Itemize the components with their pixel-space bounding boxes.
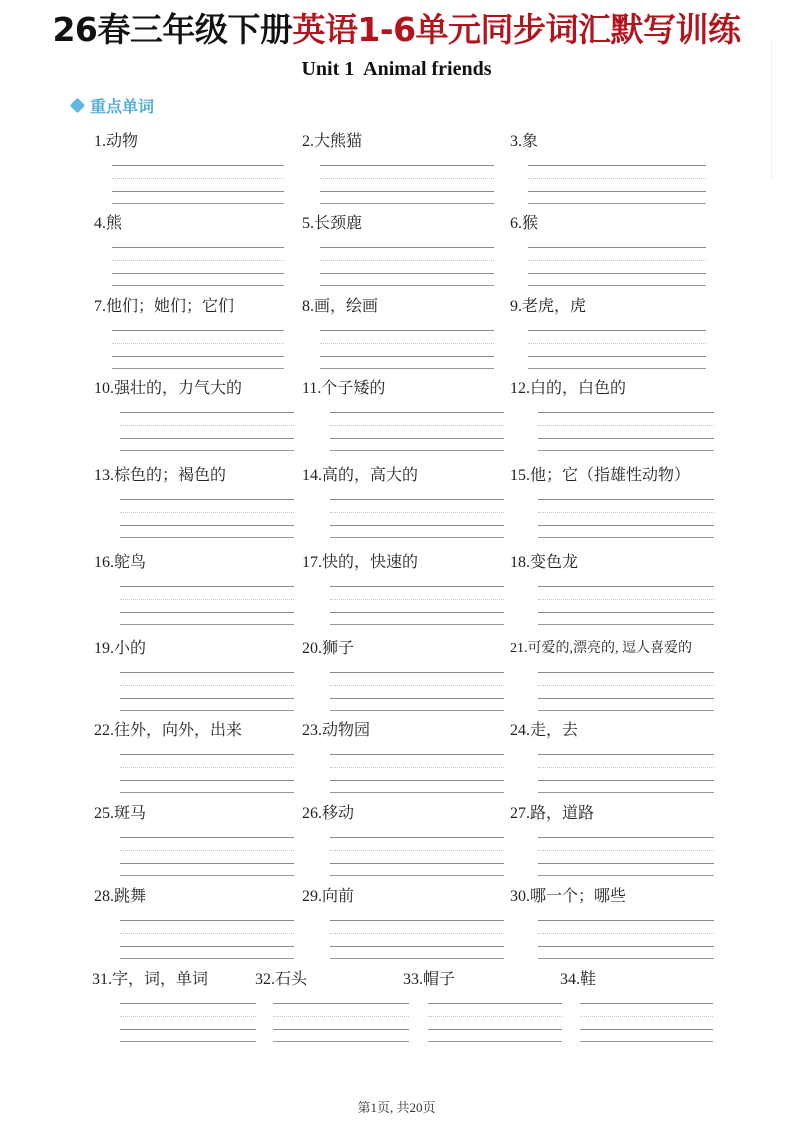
section-label: 重点单词 (90, 94, 154, 117)
item-number: 24. (510, 722, 530, 739)
item-chinese-meaning: 移动 (322, 805, 354, 822)
vocab-item-label: 8.画，绘画 (302, 293, 378, 316)
writing-guide-line (112, 330, 284, 331)
writing-guide-line (112, 273, 284, 274)
writing-lines-answer-area[interactable] (538, 672, 714, 712)
vocab-item-label: 34.鞋 (560, 966, 596, 989)
writing-lines-answer-area[interactable] (538, 499, 714, 539)
writing-guide-line (120, 780, 294, 781)
vocab-item-label: 32.石头 (255, 966, 307, 989)
writing-guide-line (120, 672, 294, 673)
item-number: 18. (510, 554, 530, 571)
vocab-item-label: 21.可爱的,漂亮的, 逗人喜爱的 (510, 637, 692, 657)
writing-lines-answer-area[interactable] (580, 1003, 713, 1043)
writing-guide-line (120, 425, 294, 426)
writing-guide-line (320, 165, 494, 166)
item-chinese-meaning: 向前 (322, 888, 354, 905)
writing-guide-line (330, 612, 504, 613)
item-number: 6. (510, 215, 522, 232)
item-chinese-meaning: 老虎，虎 (522, 298, 586, 315)
writing-lines-answer-area[interactable] (330, 837, 504, 877)
item-number: 31. (92, 971, 112, 988)
writing-guide-line (320, 343, 494, 344)
item-chinese-meaning: 变色龙 (530, 554, 578, 571)
item-chinese-meaning: 画，绘画 (314, 298, 378, 315)
vocab-item-label: 14.高的，高大的 (302, 462, 418, 485)
writing-lines-answer-area[interactable] (320, 165, 494, 205)
writing-guide-line (538, 599, 714, 600)
writing-guide-line (320, 191, 494, 192)
writing-guide-line (120, 698, 294, 699)
writing-guide-line (330, 946, 504, 947)
writing-guide-line (538, 837, 714, 838)
writing-guide-line (538, 850, 714, 851)
writing-lines-answer-area[interactable] (330, 412, 504, 452)
vocab-item-label: 30.哪一个；哪些 (510, 883, 626, 906)
item-chinese-meaning: 棕色的；褐色的 (114, 467, 226, 484)
item-chinese-meaning: 石头 (275, 971, 307, 988)
diamond-bullet-icon (70, 98, 86, 114)
vocab-item-label: 15.他；它（指雄性动物） (510, 462, 690, 485)
writing-guide-line (320, 247, 494, 248)
writing-guide-line (580, 1016, 713, 1017)
writing-lines-answer-area[interactable] (120, 499, 294, 539)
item-number: 15. (510, 467, 530, 484)
writing-guide-line (120, 624, 294, 625)
writing-lines-answer-area[interactable] (320, 247, 494, 287)
writing-guide-line (538, 624, 714, 625)
writing-guide-line (120, 1041, 256, 1042)
vocab-item-label: 29.向前 (302, 883, 354, 906)
writing-guide-line (330, 586, 504, 587)
item-number: 8. (302, 298, 314, 315)
writing-guide-line (538, 586, 714, 587)
item-chinese-meaning: 熊 (106, 215, 122, 232)
writing-guide-line (428, 1029, 562, 1030)
vocab-item-label: 19.小的 (94, 635, 146, 658)
item-chinese-meaning: 个子矮的 (321, 380, 385, 397)
writing-guide-line (538, 612, 714, 613)
item-chinese-meaning: 斑马 (114, 805, 146, 822)
writing-guide-line (320, 285, 494, 286)
writing-lines-answer-area[interactable] (428, 1003, 562, 1043)
writing-lines-answer-area[interactable] (538, 586, 714, 626)
writing-guide-line (320, 178, 494, 179)
vocab-item-label: 11.个子矮的 (302, 375, 385, 398)
writing-guide-line (330, 850, 504, 851)
writing-guide-line (538, 875, 714, 876)
item-number: 28. (94, 888, 114, 905)
writing-guide-line (428, 1016, 562, 1017)
item-number: 5. (302, 215, 314, 232)
writing-guide-line (538, 685, 714, 686)
vocab-item-label: 17.快的，快速的 (302, 549, 418, 572)
writing-guide-line (330, 499, 504, 500)
writing-guide-line (330, 837, 504, 838)
writing-guide-line (120, 525, 294, 526)
writing-guide-line (330, 412, 504, 413)
item-number: 26. (302, 805, 322, 822)
item-chinese-meaning: 往外，向外，出来 (114, 722, 242, 739)
section-header: 重点单词 (72, 94, 154, 117)
writing-guide-line (273, 1029, 409, 1030)
item-chinese-meaning: 动物 (106, 133, 138, 150)
writing-lines-answer-area[interactable] (120, 1003, 256, 1043)
item-number: 2. (302, 133, 314, 150)
item-number: 17. (302, 554, 322, 571)
writing-lines-answer-area[interactable] (120, 412, 294, 452)
vocab-item-label: 9.老虎，虎 (510, 293, 586, 316)
writing-guide-line (330, 685, 504, 686)
writing-lines-answer-area[interactable] (528, 247, 706, 287)
vocab-item-label: 25.斑马 (94, 800, 146, 823)
writing-lines-answer-area[interactable] (120, 586, 294, 626)
vocab-item-label: 1.动物 (94, 128, 138, 151)
writing-guide-line (120, 958, 294, 959)
item-number: 11. (302, 380, 321, 397)
writing-guide-line (538, 450, 714, 451)
writing-guide-line (330, 599, 504, 600)
item-number: 22. (94, 722, 114, 739)
item-chinese-meaning: 鸵鸟 (114, 554, 146, 571)
writing-lines-answer-area[interactable] (538, 754, 714, 794)
item-chinese-meaning: 可爱的,漂亮的, 逗人喜爱的 (528, 641, 693, 656)
item-number: 14. (302, 467, 322, 484)
writing-guide-line (120, 710, 294, 711)
writing-guide-line (538, 672, 714, 673)
writing-guide-line (330, 875, 504, 876)
writing-guide-line (538, 767, 714, 768)
item-chinese-meaning: 他；它（指雄性动物） (530, 467, 690, 484)
writing-guide-line (120, 1016, 256, 1017)
item-number: 1. (94, 133, 106, 150)
writing-guide-line (112, 368, 284, 369)
writing-lines-answer-area[interactable] (320, 330, 494, 370)
vocab-item-label: 18.变色龙 (510, 549, 578, 572)
writing-guide-line (330, 525, 504, 526)
item-chinese-meaning: 象 (522, 133, 538, 150)
item-number: 30. (510, 888, 530, 905)
writing-guide-line (120, 537, 294, 538)
unit-title: Unit 1 Animal friends (0, 58, 793, 81)
writing-lines-answer-area[interactable] (112, 330, 284, 370)
item-chinese-meaning: 大熊猫 (314, 133, 362, 150)
item-chinese-meaning: 长颈鹿 (314, 215, 362, 232)
item-number: 16. (94, 554, 114, 571)
writing-lines-answer-area[interactable] (330, 672, 504, 712)
item-chinese-meaning: 跳舞 (114, 888, 146, 905)
vocab-item-label: 26.移动 (302, 800, 354, 823)
item-chinese-meaning: 强壮的，力气大的 (114, 380, 242, 397)
vocab-item-label: 31.字，词，单词 (92, 966, 208, 989)
writing-lines-answer-area[interactable] (528, 165, 706, 205)
writing-guide-line (538, 933, 714, 934)
writing-guide-line (538, 710, 714, 711)
writing-guide-line (112, 285, 284, 286)
writing-guide-line (330, 698, 504, 699)
writing-guide-line (120, 499, 294, 500)
item-chinese-meaning: 字，词，单词 (112, 971, 208, 988)
writing-guide-line (538, 425, 714, 426)
writing-guide-line (528, 273, 706, 274)
writing-lines-answer-area[interactable] (330, 754, 504, 794)
vocab-item-label: 28.跳舞 (94, 883, 146, 906)
writing-guide-line (330, 767, 504, 768)
writing-lines-answer-area[interactable] (112, 165, 284, 205)
writing-guide-line (538, 946, 714, 947)
writing-guide-line (528, 178, 706, 179)
writing-guide-line (120, 850, 294, 851)
item-chinese-meaning: 高的，高大的 (322, 467, 418, 484)
item-number: 4. (94, 215, 106, 232)
writing-guide-line (428, 1041, 562, 1042)
writing-lines-answer-area[interactable] (120, 920, 294, 960)
writing-guide-line (112, 356, 284, 357)
writing-guide-line (120, 586, 294, 587)
item-number: 27. (510, 805, 530, 822)
writing-guide-line (528, 247, 706, 248)
writing-guide-line (528, 203, 706, 204)
writing-guide-line (580, 1003, 713, 1004)
writing-guide-line (538, 525, 714, 526)
writing-guide-line (528, 356, 706, 357)
writing-guide-line (120, 412, 294, 413)
writing-guide-line (112, 260, 284, 261)
writing-guide-line (428, 1003, 562, 1004)
vocab-item-label: 4.熊 (94, 210, 122, 233)
item-chinese-meaning: 他们；她们；它们 (106, 298, 234, 315)
writing-guide-line (528, 330, 706, 331)
writing-guide-line (273, 1041, 409, 1042)
item-number: 29. (302, 888, 322, 905)
writing-guide-line (120, 599, 294, 600)
writing-guide-line (330, 780, 504, 781)
title-subject: 英语1-6单元同步词汇默写训练 (292, 10, 740, 49)
writing-guide-line (120, 875, 294, 876)
item-number: 10. (94, 380, 114, 397)
writing-guide-line (120, 920, 294, 921)
writing-guide-line (538, 920, 714, 921)
writing-guide-line (528, 191, 706, 192)
writing-guide-line (330, 624, 504, 625)
writing-guide-line (538, 958, 714, 959)
writing-guide-line (330, 537, 504, 538)
vocab-item-label: 22.往外，向外，出来 (94, 717, 242, 740)
writing-lines-answer-area[interactable] (330, 920, 504, 960)
title-grade: 26春三年级下册 (52, 10, 292, 49)
writing-lines-answer-area[interactable] (273, 1003, 409, 1043)
item-number: 21. (510, 641, 528, 656)
writing-guide-line (330, 512, 504, 513)
writing-guide-line (528, 368, 706, 369)
writing-guide-line (538, 780, 714, 781)
item-number: 12. (510, 380, 530, 397)
writing-guide-line (330, 863, 504, 864)
writing-guide-line (120, 438, 294, 439)
writing-guide-line (273, 1016, 409, 1017)
writing-guide-line (538, 512, 714, 513)
writing-guide-line (330, 710, 504, 711)
writing-guide-line (320, 260, 494, 261)
writing-guide-line (538, 698, 714, 699)
writing-lines-answer-area[interactable] (112, 247, 284, 287)
item-number: 3. (510, 133, 522, 150)
writing-lines-answer-area[interactable] (120, 754, 294, 794)
writing-guide-line (538, 537, 714, 538)
writing-guide-line (273, 1003, 409, 1004)
writing-guide-line (120, 933, 294, 934)
item-chinese-meaning: 快的，快速的 (322, 554, 418, 571)
writing-guide-line (538, 792, 714, 793)
writing-guide-line (120, 1003, 256, 1004)
writing-guide-line (120, 946, 294, 947)
scan-edge-line (771, 40, 772, 180)
writing-lines-answer-area[interactable] (528, 330, 706, 370)
vocab-item-label: 27.路，道路 (510, 800, 594, 823)
writing-guide-line (330, 450, 504, 451)
writing-guide-line (330, 754, 504, 755)
writing-guide-line (330, 672, 504, 673)
vocab-item-label: 12.白的，白色的 (510, 375, 626, 398)
item-chinese-meaning: 哪一个；哪些 (530, 888, 626, 905)
writing-guide-line (320, 356, 494, 357)
writing-guide-line (120, 792, 294, 793)
item-number: 23. (302, 722, 322, 739)
item-chinese-meaning: 鞋 (580, 971, 596, 988)
document-title: 26春三年级下册英语1-6单元同步词汇默写训练 (0, 4, 793, 51)
writing-guide-line (538, 754, 714, 755)
vocab-item-label: 7.他们；她们；它们 (94, 293, 234, 316)
writing-guide-line (120, 450, 294, 451)
writing-guide-line (120, 512, 294, 513)
item-number: 34. (560, 971, 580, 988)
item-number: 9. (510, 298, 522, 315)
writing-guide-line (330, 438, 504, 439)
writing-guide-line (538, 412, 714, 413)
item-number: 13. (94, 467, 114, 484)
writing-lines-answer-area[interactable] (120, 837, 294, 877)
vocab-item-label: 6.猴 (510, 210, 538, 233)
writing-guide-line (330, 920, 504, 921)
writing-guide-line (580, 1041, 713, 1042)
writing-guide-line (330, 425, 504, 426)
writing-guide-line (538, 438, 714, 439)
vocab-item-label: 2.大熊猫 (302, 128, 362, 151)
writing-guide-line (112, 247, 284, 248)
writing-guide-line (112, 165, 284, 166)
item-number: 32. (255, 971, 275, 988)
writing-guide-line (320, 203, 494, 204)
item-number: 7. (94, 298, 106, 315)
writing-guide-line (528, 165, 706, 166)
writing-guide-line (538, 863, 714, 864)
item-chinese-meaning: 帽子 (423, 971, 455, 988)
writing-guide-line (330, 792, 504, 793)
writing-guide-line (528, 343, 706, 344)
writing-guide-line (320, 330, 494, 331)
item-chinese-meaning: 动物园 (322, 722, 370, 739)
writing-guide-line (330, 958, 504, 959)
writing-guide-line (120, 767, 294, 768)
item-number: 20. (302, 640, 322, 657)
writing-guide-line (330, 933, 504, 934)
vocab-item-label: 16.鸵鸟 (94, 549, 146, 572)
vocab-item-label: 20.狮子 (302, 635, 354, 658)
writing-lines-answer-area[interactable] (330, 499, 504, 539)
writing-guide-line (320, 368, 494, 369)
page-number: 第1页, 共20页 (0, 1097, 793, 1116)
item-chinese-meaning: 小的 (114, 640, 146, 657)
item-chinese-meaning: 白的，白色的 (530, 380, 626, 397)
writing-guide-line (112, 343, 284, 344)
writing-guide-line (528, 285, 706, 286)
writing-guide-line (112, 203, 284, 204)
item-number: 19. (94, 640, 114, 657)
writing-guide-line (580, 1029, 713, 1030)
writing-guide-line (120, 685, 294, 686)
writing-lines-answer-area[interactable] (538, 920, 714, 960)
item-number: 33. (403, 971, 423, 988)
writing-guide-line (538, 499, 714, 500)
vocab-item-label: 5.长颈鹿 (302, 210, 362, 233)
writing-guide-line (120, 612, 294, 613)
writing-guide-line (120, 1029, 256, 1030)
vocab-item-label: 3.象 (510, 128, 538, 151)
writing-lines-answer-area[interactable] (330, 586, 504, 626)
writing-lines-answer-area[interactable] (120, 672, 294, 712)
item-chinese-meaning: 路，道路 (530, 805, 594, 822)
writing-guide-line (120, 754, 294, 755)
vocab-item-label: 13.棕色的；褐色的 (94, 462, 226, 485)
item-chinese-meaning: 走，去 (530, 722, 578, 739)
vocab-item-label: 33.帽子 (403, 966, 455, 989)
writing-guide-line (120, 863, 294, 864)
writing-guide-line (528, 260, 706, 261)
vocab-item-label: 10.强壮的，力气大的 (94, 375, 242, 398)
vocab-item-label: 23.动物园 (302, 717, 370, 740)
vocab-item-label: 24.走，去 (510, 717, 578, 740)
writing-guide-line (112, 178, 284, 179)
writing-guide-line (112, 191, 284, 192)
writing-lines-answer-area[interactable] (538, 837, 714, 877)
item-chinese-meaning: 猴 (522, 215, 538, 232)
writing-lines-answer-area[interactable] (538, 412, 714, 452)
writing-guide-line (120, 837, 294, 838)
item-number: 25. (94, 805, 114, 822)
writing-guide-line (320, 273, 494, 274)
item-chinese-meaning: 狮子 (322, 640, 354, 657)
